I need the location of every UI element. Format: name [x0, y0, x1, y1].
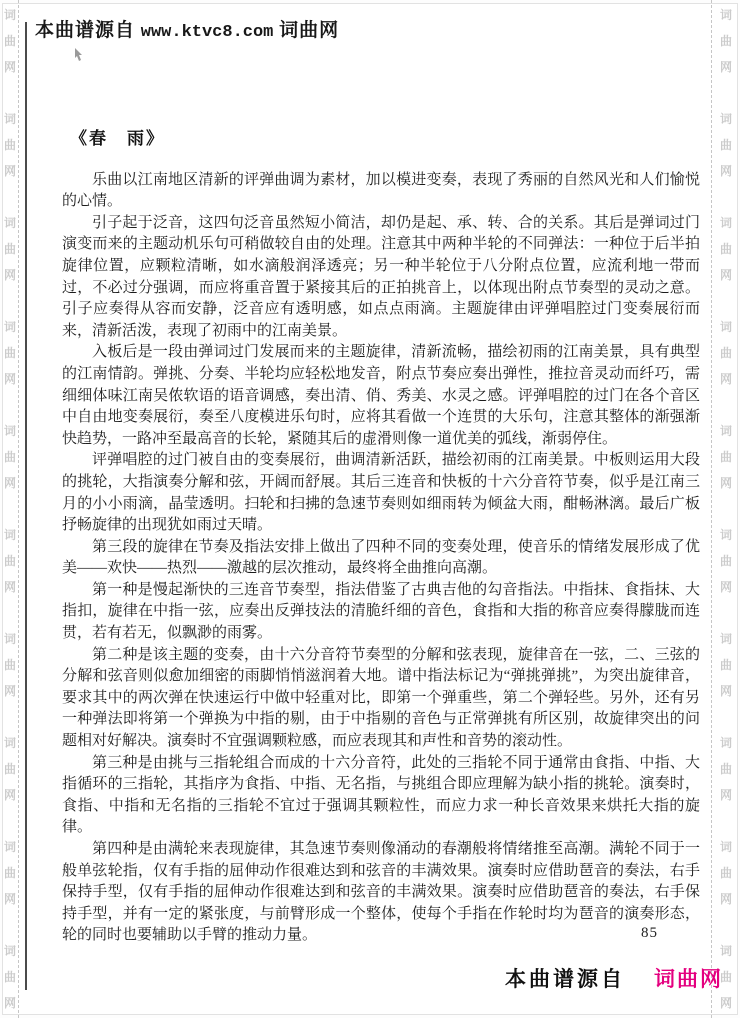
body-paragraph: 引子起于泛音，这四句泛音虽然短小简洁，却仍是起、承、转、合的关系。其后是弹词过门… [62, 213, 700, 343]
margin-watermark-group: 词曲网 [720, 106, 732, 184]
top-watermark-url: www.ktvc8.com [141, 23, 274, 42]
bottom-watermark-brand: 词曲网 [654, 963, 723, 993]
piece-title: 《春 雨》 [70, 128, 700, 150]
right-dashed-divider [711, 0, 712, 1018]
top-watermark-prefix: 本曲谱源自 [35, 20, 135, 41]
body-paragraph: 第三段的旋律在节奏及指法安排上做出了四种不同的变奏处理，使音乐的情绪发展形成了优… [62, 537, 700, 580]
margin-watermark-group: 词曲网 [4, 106, 16, 184]
margin-watermark-group: 词曲网 [4, 834, 16, 912]
body-paragraph: 第三种是由挑与三指轮组合而成的十六分音符，此处的三指轮不同于通常由食指、中指、大… [62, 753, 700, 839]
mouse-cursor-icon [74, 48, 83, 66]
page-edge-scan-line [25, 22, 27, 990]
left-dashed-divider [18, 0, 19, 1018]
body-paragraph: 乐曲以江南地区清新的评弹曲调为素材，加以模进变奏，表现了秀丽的自然风光和人们愉悦… [62, 170, 700, 213]
margin-watermark-group: 词曲网 [4, 938, 16, 1016]
margin-watermark-group: 词曲网 [720, 418, 732, 496]
top-watermark: 本曲谱源自 www.ktvc8.com 词曲网 [35, 15, 339, 42]
margin-watermark-group: 词曲网 [720, 626, 732, 704]
body-paragraph: 第四种是由满轮来表现旋律，其急速节奏则像涌动的春潮般将情绪推至高潮。满轮不同于一… [62, 839, 700, 947]
page-number: 85 [641, 925, 658, 942]
margin-watermark-group: 词曲网 [4, 210, 16, 288]
margin-watermark-group: 词曲网 [4, 314, 16, 392]
margin-watermark-group: 词曲网 [4, 626, 16, 704]
body-paragraph: 评弹唱腔的过门被自由的变奏展衍，曲调清新活跃，描绘初雨的江南美景。中板则运用大段… [62, 450, 700, 536]
margin-watermark-group: 词曲网 [4, 730, 16, 808]
margin-watermark-group: 词曲网 [4, 418, 16, 496]
article: 《春 雨》 乐曲以江南地区清新的评弹曲调为素材，加以模进变奏，表现了秀丽的自然风… [62, 128, 700, 947]
margin-watermark-group: 词曲网 [720, 210, 732, 288]
margin-watermark-group: 词曲网 [720, 522, 732, 600]
margin-watermark-group: 词曲网 [720, 730, 732, 808]
body-paragraph: 入板后是一段由弹词过门发展而来的主题旋律，清新流畅，描绘初雨的江南美景，具有典型… [62, 342, 700, 450]
left-margin-watermark-column: 词曲网词曲网词曲网词曲网词曲网词曲网词曲网词曲网词曲网词曲网 [2, 2, 18, 1018]
bottom-watermark-source: 本曲谱源自 [505, 963, 625, 993]
margin-watermark-group: 词曲网 [4, 2, 16, 80]
body-paragraph: 第二种是该主题的变奏，由十六分音符节奏型的分解和弦表现，旋律音在一弦，二、三弦的… [62, 645, 700, 753]
right-margin-watermark-column: 词曲网词曲网词曲网词曲网词曲网词曲网词曲网词曲网词曲网词曲网 [718, 2, 734, 1018]
body-paragraph: 第一种是慢起渐快的三连音节奏型，指法借鉴了古典吉他的勾音指法。中指抹、食指抹、大… [62, 580, 700, 645]
margin-watermark-group: 词曲网 [4, 522, 16, 600]
margin-watermark-group: 词曲网 [720, 2, 732, 80]
margin-watermark-group: 词曲网 [720, 834, 732, 912]
margin-watermark-group: 词曲网 [720, 314, 732, 392]
top-watermark-suffix: 词曲网 [279, 20, 339, 41]
